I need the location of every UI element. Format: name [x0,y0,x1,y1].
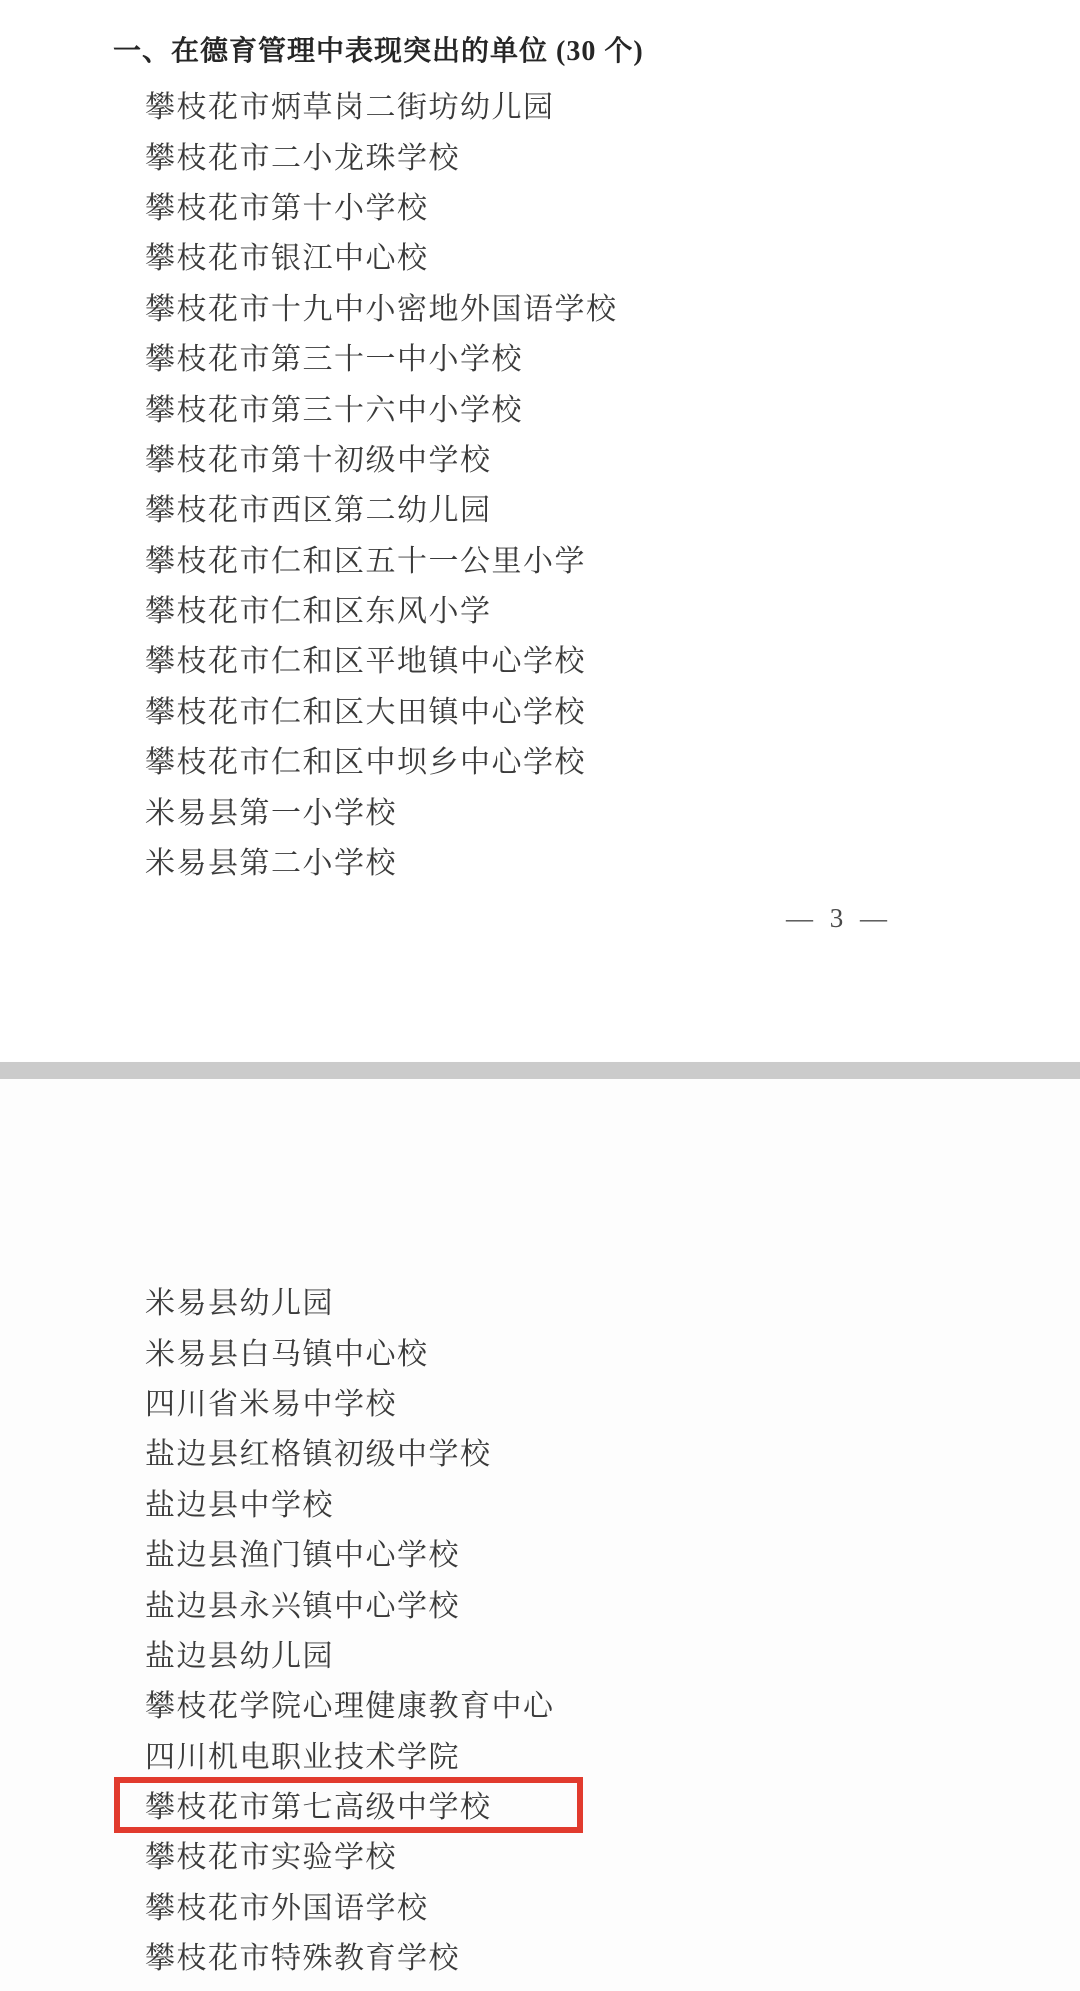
scanned-document: 一、在德育管理中表现突出的单位 (30 个) 攀枝花市炳草岗二街坊幼儿园攀枝花市… [0,0,1080,1991]
unit-list-page3: 攀枝花市炳草岗二街坊幼儿园攀枝花市二小龙珠学校攀枝花市第十小学校攀枝花市银江中心… [145,79,618,885]
list-item: 米易县第二小学校 [145,835,618,885]
list-item: 攀枝花市银江中心校 [145,230,618,280]
list-item: 攀枝花学院心理健康教育中心 [145,1678,555,1728]
list-item: 攀枝花市外国语学校 [145,1880,555,1930]
list-item-highlighted: 攀枝花市第七高级中学校 [145,1779,555,1829]
list-item: 攀枝花市仁和区平地镇中心学校 [145,633,618,683]
list-item: 攀枝花市十九中小密地外国语学校 [145,281,618,331]
list-item: 攀枝花市第十初级中学校 [145,432,618,482]
list-item: 攀枝花市二小龙珠学校 [145,129,618,179]
list-item: 米易县白马镇中心校 [145,1325,555,1375]
list-item: 四川省米易中学校 [145,1376,555,1426]
list-item: 攀枝花市仁和区中坝乡中心学校 [145,734,618,784]
list-item: 攀枝花市第三十六中小学校 [145,381,618,431]
list-item: 攀枝花市仁和区大田镇中心学校 [145,684,618,734]
page-4: 米易县幼儿园米易县白马镇中心校四川省米易中学校盐边县红格镇初级中学校盐边县中学校… [0,1079,1080,1991]
list-item: 攀枝花市实验学校 [145,1829,555,1879]
list-item: 四川机电职业技术学院 [145,1729,555,1779]
list-item: 攀枝花市仁和区五十一公里小学 [145,533,618,583]
unit-list-page4: 米易县幼儿园米易县白马镇中心校四川省米易中学校盐边县红格镇初级中学校盐边县中学校… [145,1275,555,1980]
list-item: 盐边县中学校 [145,1477,555,1527]
list-item: 攀枝花市第三十一中小学校 [145,331,618,381]
list-item: 攀枝花市西区第二幼儿园 [145,482,618,532]
section-heading: 一、在德育管理中表现突出的单位 (30 个) [113,30,644,74]
list-item: 米易县幼儿园 [145,1275,555,1325]
list-item: 攀枝花市炳草岗二街坊幼儿园 [145,79,618,129]
list-item: 盐边县渔门镇中心学校 [145,1527,555,1577]
list-item: 米易县第一小学校 [145,784,618,834]
list-item: 攀枝花市第十小学校 [145,180,618,230]
page-3: 一、在德育管理中表现突出的单位 (30 个) 攀枝花市炳草岗二街坊幼儿园攀枝花市… [0,0,1080,1062]
list-item: 攀枝花市特殊教育学校 [145,1930,555,1980]
list-item: 盐边县幼儿园 [145,1628,555,1678]
list-item: 盐边县永兴镇中心学校 [145,1577,555,1627]
list-item: 攀枝花市仁和区东风小学 [145,583,618,633]
page-divider [0,1062,1080,1079]
page-number: — 3 — [786,903,892,934]
list-item: 盐边县红格镇初级中学校 [145,1426,555,1476]
